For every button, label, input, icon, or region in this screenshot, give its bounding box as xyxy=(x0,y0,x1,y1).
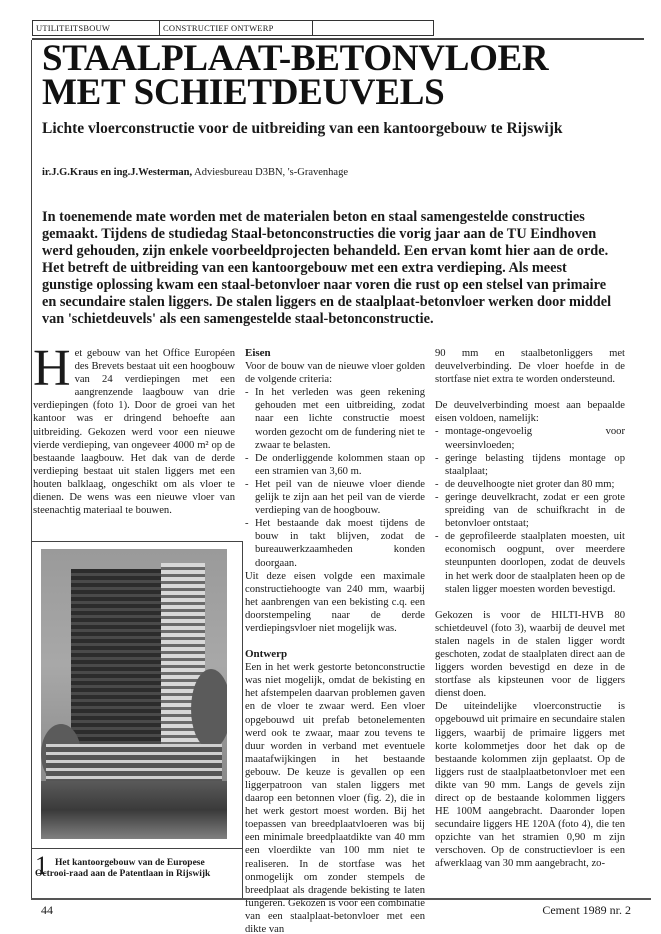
list-item: montage-ongevoelig voor weersinvloeden; xyxy=(435,425,625,451)
criteria-list: In het verleden was geen rekening gehoud… xyxy=(245,386,425,569)
article-subtitle: Lichte vloerconstructie voor de uitbreid… xyxy=(42,120,563,138)
parked-cars xyxy=(41,781,227,839)
figure-1: 1 Het kantoorgebouw van de Europese Octr… xyxy=(31,541,243,899)
tower-front-facade xyxy=(71,569,161,769)
deuvel-intro: De deuvelverbinding moest aan bepaalde e… xyxy=(435,399,625,425)
page-number: 44 xyxy=(41,903,53,918)
building-photo xyxy=(41,549,227,839)
article-title: STAALPLAAT-BETONVLOER MET SCHIETDEUVELS xyxy=(42,42,548,110)
list-item: In het verleden was geen rekening gehoud… xyxy=(245,386,425,451)
eisen-intro: Voor de bouw van de nieuwe vloer golden … xyxy=(245,360,425,386)
list-item: de geprofileerde staalplaten moesten, ui… xyxy=(435,530,625,595)
spacer xyxy=(435,386,625,399)
lead-paragraph: In toenemende mate worden met de materia… xyxy=(42,209,612,328)
heading-eisen: Eisen xyxy=(245,347,425,360)
spacer xyxy=(245,635,425,648)
figure-caption: 1 Het kantoorgebouw van de Europese Octr… xyxy=(31,848,242,899)
ontwerp-paragraph: Een in het werk gestorte betonconstructi… xyxy=(245,661,425,934)
hilti-paragraph: Gekozen is voor de HILTI-HVB 80 schietde… xyxy=(435,609,625,701)
continuation-paragraph: 90 mm en staalbetonliggers met deuvelver… xyxy=(435,347,625,386)
section-tabs: UTILITEITSBOUW CONSTRUCTIEF ONTWERP xyxy=(32,20,434,36)
journal-issue: Cement 1989 nr. 2 xyxy=(542,903,631,918)
column-2: Eisen Voor de bouw van de nieuwe vloer g… xyxy=(245,347,425,934)
list-item: De onderliggende kolommen staan op een s… xyxy=(245,452,425,478)
drop-cap: H xyxy=(33,349,71,389)
column-1: H et gebouw van het Office Européen des … xyxy=(33,347,235,517)
spacer xyxy=(435,596,625,609)
authors: ir.J.G.Kraus en ing.J.Westerman, xyxy=(42,167,192,178)
final-paragraph: De uiteindelijke vloerconstructie is opg… xyxy=(435,700,625,870)
section-tab-constructief-ontwerp: CONSTRUCTIEF ONTWERP xyxy=(160,21,313,35)
list-item: geringe belasting tijdens montage op sta… xyxy=(435,452,625,478)
title-line-2: MET SCHIETDEUVELS xyxy=(42,72,444,113)
list-item: de deuvelhoogte niet groter dan 80 mm; xyxy=(435,478,625,491)
section-tab-utiliteitsbouw: UTILITEITSBOUW xyxy=(33,21,160,35)
list-item: Het bestaande dak moest tijdens de bouw … xyxy=(245,517,425,569)
section-tab-empty xyxy=(313,21,433,35)
list-item: Het peil van de nieuwe vloer diende geli… xyxy=(245,478,425,517)
requirements-list: montage-ongevoelig voor weersinvloeden; … xyxy=(435,425,625,595)
heading-ontwerp: Ontwerp xyxy=(245,648,425,661)
byline: ir.J.G.Kraus en ing.J.Westerman, Adviesb… xyxy=(42,167,348,178)
tree xyxy=(191,669,227,749)
eisen-conclusion: Uit deze eisen volgde een maximale const… xyxy=(245,570,425,635)
figure-caption-text: Het kantoorgebouw van de Europese Octroo… xyxy=(35,858,225,880)
column-3: 90 mm en staalbetonliggers met deuvelver… xyxy=(435,347,625,871)
footer-rule xyxy=(31,898,651,900)
low-rise-building xyxy=(46,744,222,784)
affiliation: Adviesbureau D3BN, 's-Gravenhage xyxy=(192,167,348,178)
list-item: geringe deuvelkracht, zodat er een grote… xyxy=(435,491,625,530)
